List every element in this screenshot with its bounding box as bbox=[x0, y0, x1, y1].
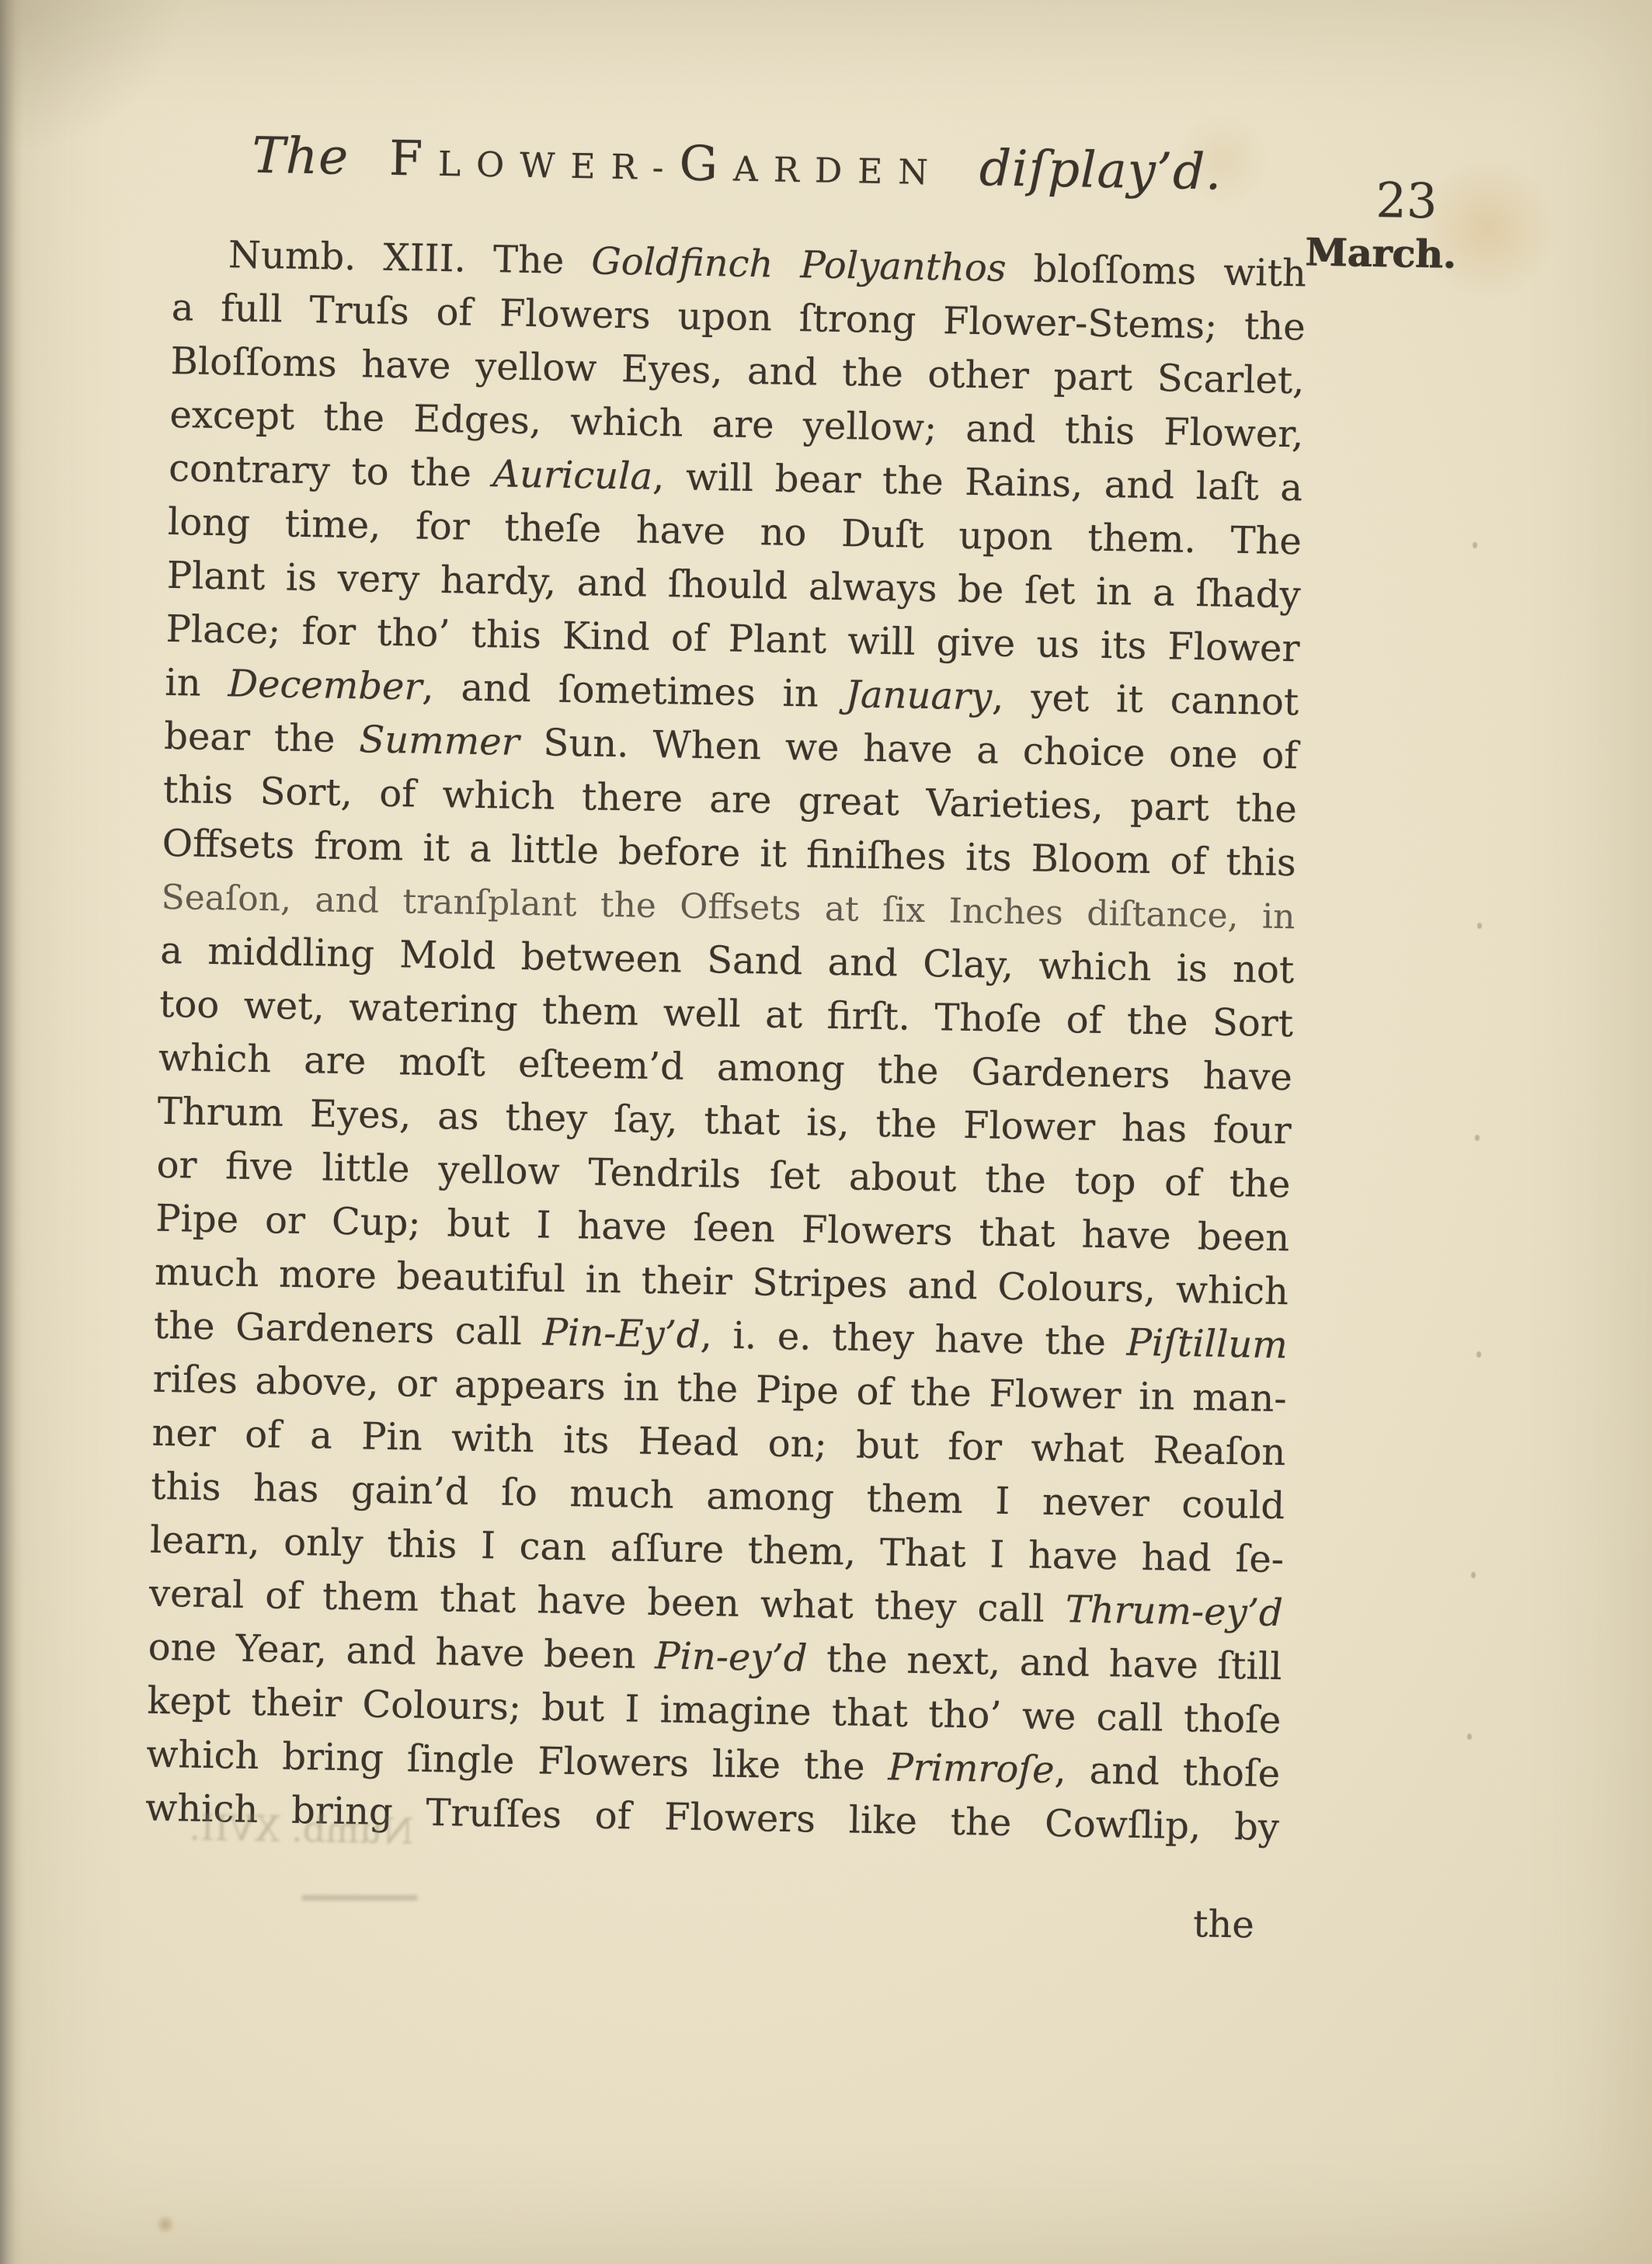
foxing-speck bbox=[1477, 923, 1482, 929]
header-suffix-word: diſplay’d. bbox=[979, 140, 1222, 201]
running-header: TheFLOWER-GARDENdiſplay’d. bbox=[252, 127, 1222, 202]
foxing-speck bbox=[1467, 1734, 1472, 1740]
foxing-speck bbox=[1476, 1351, 1481, 1358]
foxing-speck bbox=[1473, 542, 1477, 548]
foxing-speck bbox=[1471, 1572, 1476, 1578]
page-left-edge-shadow bbox=[0, 0, 23, 2264]
page-number: 23 bbox=[1376, 172, 1438, 229]
scanned-book-page: TheFLOWER-GARDENdiſplay’d. 23 March. Num… bbox=[0, 0, 1652, 2264]
foxing-speck bbox=[1475, 1135, 1480, 1141]
header-title-caps: FLOWER-GARDEN bbox=[389, 163, 944, 187]
body-text: Numb. XIII. The Goldfinch Polyanthos blo… bbox=[145, 228, 1307, 1855]
page-corner-shading bbox=[0, 0, 186, 155]
margin-note-month: March. bbox=[1305, 229, 1456, 276]
showthrough-mirrored-text: Numb. XVII. bbox=[149, 1806, 414, 1852]
catchword: the bbox=[1193, 1902, 1255, 1946]
page-content: TheFLOWER-GARDENdiſplay’d. 23 March. Num… bbox=[138, 124, 1309, 2241]
foxing-stain bbox=[1421, 155, 1553, 303]
header-lead-word: The bbox=[252, 127, 350, 186]
